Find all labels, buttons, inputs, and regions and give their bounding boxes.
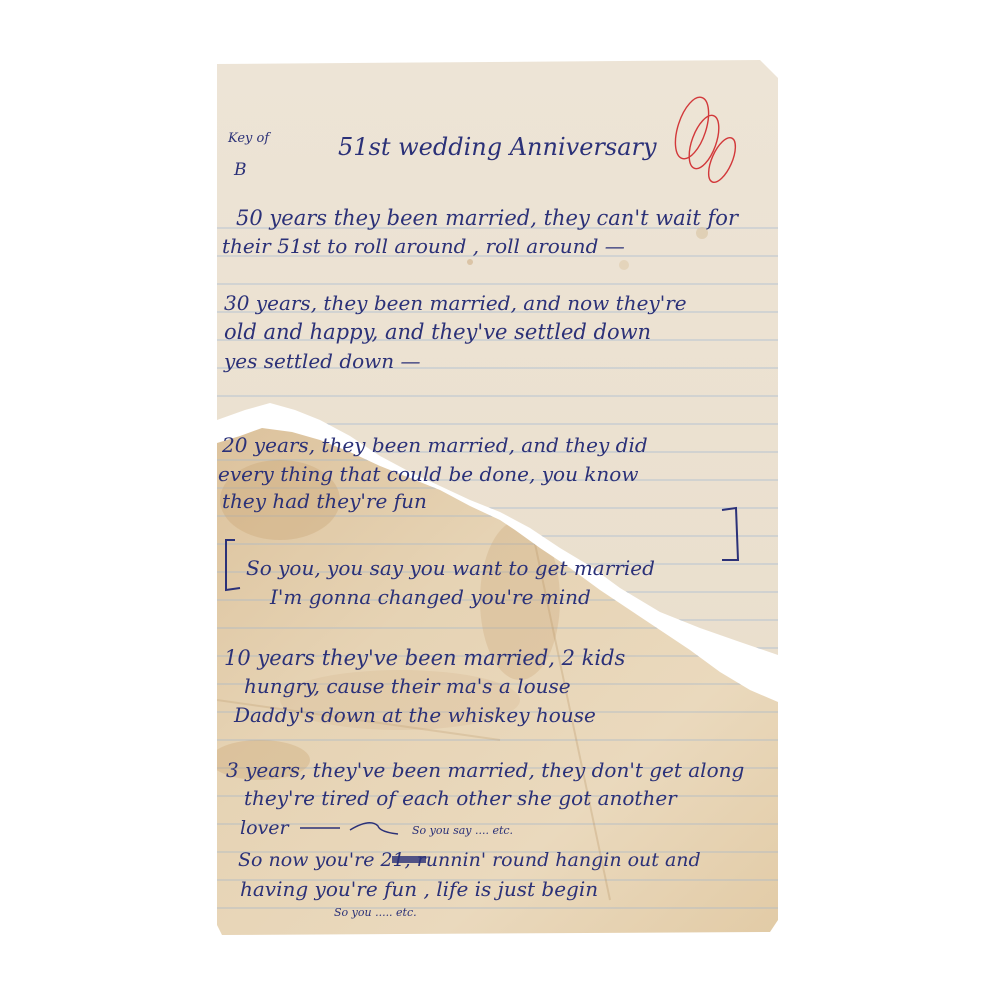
key-label: Key of (227, 131, 271, 146)
lyric-line: 3 years, they've been married, they don'… (226, 758, 744, 782)
lyric-line: So you, you say you want to get married (246, 556, 655, 580)
lyric-line: 50 years they been married, they can't w… (236, 206, 740, 230)
lyric-line: old and happy, and they've settled down (224, 320, 651, 344)
lyric-line: Daddy's down at the whiskey house (233, 703, 596, 727)
document-stage: Key of B 51st wedding Anniversary 50 yea… (0, 0, 1000, 1000)
lyric-line: 10 years they've been married, 2 kids (224, 646, 626, 670)
lyric-line: they had they're fun (222, 489, 427, 513)
lyric-line: their 51st to roll around , roll around … (222, 234, 625, 258)
lyric-line: they're tired of each other she got anot… (244, 786, 678, 810)
lyric-line: So now you're 21, runnin' round hangin o… (238, 849, 701, 871)
lyric-line: having you're fun , life is just begin (240, 877, 598, 901)
lyric-note: So you say .... etc. (412, 824, 513, 837)
torn-lyric-sheet: Key of B 51st wedding Anniversary 50 yea… (0, 0, 1000, 1000)
lyric-line: 20 years, they been married, and they di… (221, 433, 648, 457)
crossed-out-word (392, 856, 426, 863)
page-title: 51st wedding Anniversary (338, 133, 657, 161)
key-value: B (233, 160, 247, 180)
lyric-line: every thing that could be done, you know (218, 462, 638, 486)
lyric-line: yes settled down — (223, 349, 421, 373)
lyric-line: hungry, cause their ma's a louse (244, 674, 571, 698)
lyric-note: So you ..... etc. (334, 906, 417, 919)
stanza-10-years: 10 years they've been married, 2 kids hu… (224, 646, 626, 727)
lyric-line: 30 years, they been married, and now the… (224, 291, 687, 315)
lyric-line: I'm gonna changed you're mind (269, 585, 591, 609)
lyric-line: lover (240, 817, 290, 839)
